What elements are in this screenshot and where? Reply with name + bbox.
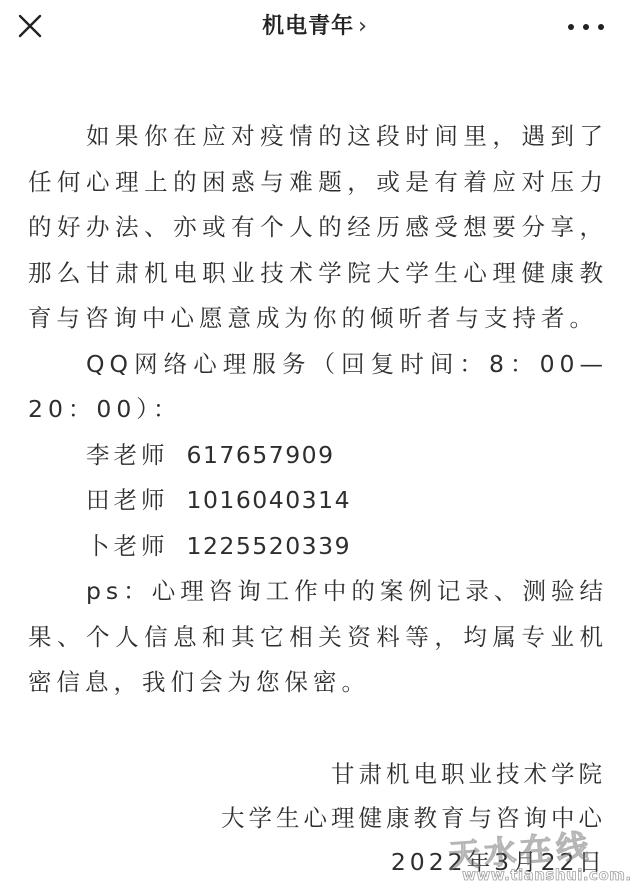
intro-paragraph: 如果你在应对疫情的这段时间里，遇到了任何心理上的困惑与难题，或是有着应对压力的好…	[28, 114, 608, 342]
teacher-qq: 1225520339	[187, 532, 352, 560]
article-body: 如果你在应对疫情的这段时间里，遇到了任何心理上的困惑与难题，或是有着应对压力的好…	[28, 114, 608, 706]
more-options-button[interactable]	[568, 14, 604, 40]
privacy-note: ps：心理咨询工作中的案例记录、测验结果、个人信息和其它相关资料等，均属专业机密…	[28, 569, 608, 706]
contact-row: 李老师617657909	[28, 433, 608, 479]
chevron-right-icon: ›	[358, 14, 368, 39]
account-name: 机电青年	[262, 14, 354, 39]
contact-row: 卜老师1225520339	[28, 524, 608, 570]
teacher-name: 李老师	[86, 441, 169, 469]
signature-block: 甘肃机电职业技术学院 大学生心理健康教育与咨询中心 2022年3月22日	[221, 752, 606, 884]
signature-date: 2022年3月22日	[221, 840, 606, 884]
teacher-name: 田老师	[86, 486, 169, 514]
more-dot-icon	[583, 24, 589, 30]
account-title-link[interactable]: 机电青年›	[0, 12, 630, 42]
teacher-qq: 617657909	[187, 441, 335, 469]
signature-institution: 甘肃机电职业技术学院	[221, 752, 606, 796]
teacher-qq: 1016040314	[187, 486, 352, 514]
signature-center: 大学生心理健康教育与咨询中心	[221, 796, 606, 840]
more-dot-icon	[598, 24, 604, 30]
more-dot-icon	[568, 24, 574, 30]
contact-row: 田老师1016040314	[28, 478, 608, 524]
teacher-name: 卜老师	[86, 532, 169, 560]
top-nav-bar: 机电青年›	[0, 0, 630, 54]
qq-service-heading: QQ网络心理服务（回复时间：8：00—20：00）：	[28, 342, 608, 433]
